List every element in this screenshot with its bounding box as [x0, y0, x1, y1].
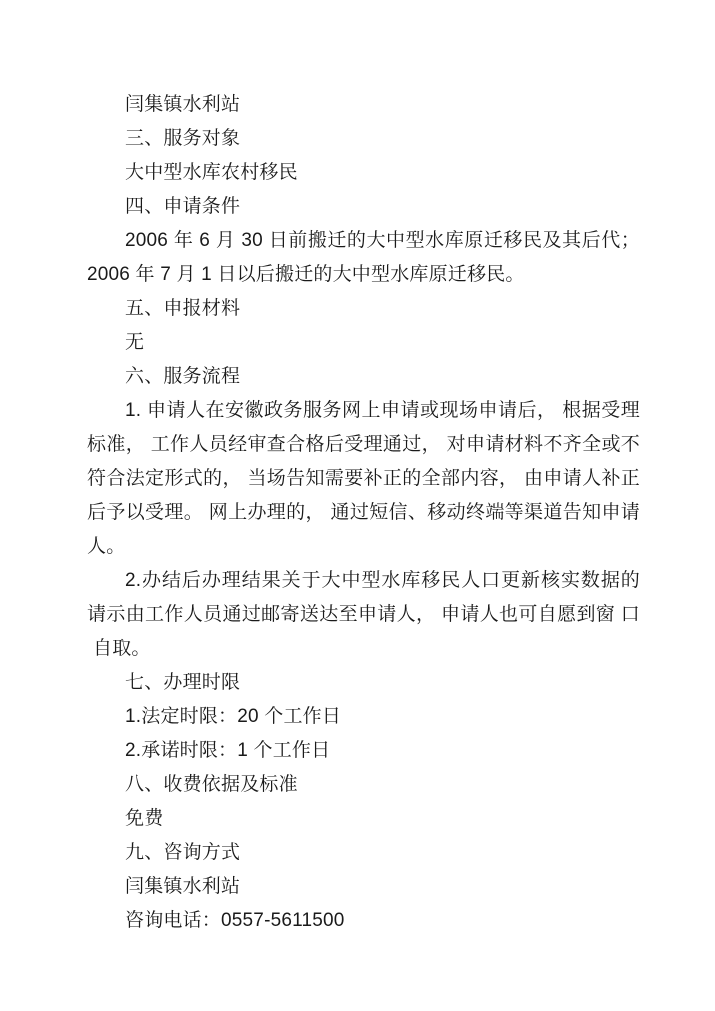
line-service-target: 大中型水库农村移民 — [87, 156, 640, 190]
body-line: 1. 申请人在安徽政务服务网上申请或现场申请后， 根据受理 — [87, 394, 640, 428]
section-4-heading: 四、申请条件 — [87, 190, 640, 224]
body-line: 2006 年 7 月 1 日以后搬迁的大中型水库原迁移民。 — [87, 258, 640, 292]
line-fee-free: 免费 — [87, 802, 640, 836]
body-line: 标准， 工作人员经审查合格后受理通过， 对申请材料不齐全或不 — [87, 428, 640, 462]
body-line: 2.办结后办理结果关于大中型水库移民人口更新核实数据的 — [87, 564, 640, 598]
body-line: 符合法定形式的， 当场告知需要补正的全部内容， 由申请人补正 — [87, 462, 640, 496]
body-line: 2006 年 6 月 30 日前搬迁的大中型水库原迁移民及其后代； — [87, 224, 640, 258]
body-line: 人。 — [87, 530, 640, 564]
section-6-heading: 六、服务流程 — [87, 360, 640, 394]
body-line: 后予以受理。 网上办理的， 通过短信、移动终端等渠道告知申请 — [87, 496, 640, 530]
line-materials-none: 无 — [87, 326, 640, 360]
line-agency-name: 闫集镇水利站 — [87, 88, 640, 122]
section-8-heading: 八、收费依据及标准 — [87, 768, 640, 802]
section-3-heading: 三、服务对象 — [87, 122, 640, 156]
line-consult-agency: 闫集镇水利站 — [87, 870, 640, 904]
section-7-heading: 七、办理时限 — [87, 666, 640, 700]
line-promised-time-limit: 2.承诺时限：1 个工作日 — [87, 734, 640, 768]
section-5-heading: 五、申报材料 — [87, 292, 640, 326]
body-line: 自取。 — [87, 632, 640, 666]
section-9-heading: 九、咨询方式 — [87, 836, 640, 870]
document-page: 闫集镇水利站 三、服务对象 大中型水库农村移民 四、申请条件 2006 年 6 … — [0, 0, 715, 1011]
line-statutory-time-limit: 1.法定时限：20 个工作日 — [87, 700, 640, 734]
body-line: 请示由工作人员通过邮寄送达至申请人， 申请人也可自愿到窗 口 — [87, 598, 640, 632]
document-body: 闫集镇水利站 三、服务对象 大中型水库农村移民 四、申请条件 2006 年 6 … — [87, 88, 640, 938]
line-consult-phone: 咨询电话：0557-5611500 — [87, 904, 640, 938]
